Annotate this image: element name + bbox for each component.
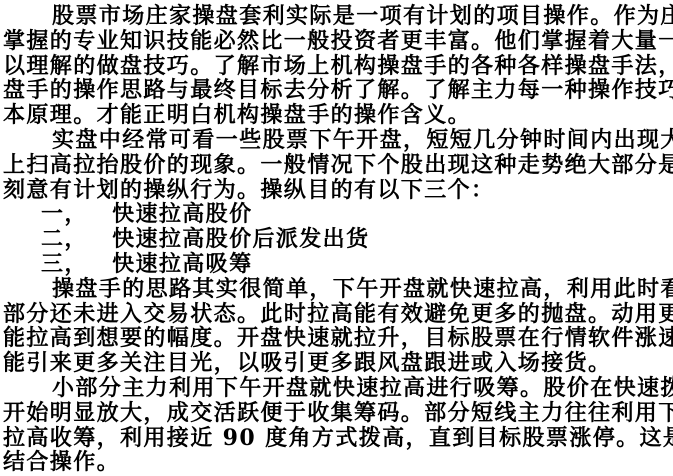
list-text: 快速拉高股价后派发出货 (112, 226, 369, 252)
text-line: 掌握的专业知识技能必然比一般投资者更丰富。他们掌握着大量一般投资者难 (3, 29, 671, 54)
text-line: 实盘中经常可看一些股票下午开盘，短短几分钟时间内出现大买单快速往 (3, 128, 671, 153)
list-item: 二， 快速拉高股价后派发出货 (3, 227, 671, 252)
text-line: 部分还未进入交易状态。此时拉高能有效避免更多的抛盘。动用更少的资金就 (3, 302, 671, 327)
list-item: 一， 快速拉高股价 (3, 202, 671, 227)
paragraph-observation: 实盘中经常可看一些股票下午开盘，短短几分钟时间内出现大买单快速往 上扫高拉抬股价… (3, 128, 671, 202)
text-line: 能拉高到想要的幅度。开盘快速就拉升，目标股票在行情软件涨速榜上出现， (3, 326, 671, 351)
text-line-content: 小部分主力利用下午开盘就快速拉高进行吸筹。股价在快速拨高后成交量 (52, 375, 673, 401)
text-line-content: 操盘手的思路其实很简单，下午开盘就快速拉高，利用此时看盘者少或大 (52, 276, 673, 302)
text-line: 结合操作。 (3, 450, 671, 475)
list-item: 三， 快速拉高吸筹 (3, 252, 671, 277)
text-line: 小部分主力利用下午开盘就快速拉高进行吸筹。股价在快速拨高后成交量 (3, 376, 671, 401)
text-line: 拉高收筹，利用接近 90 度角方式拨高，直到目标股票涨停。这是吸筹与拉升相 (3, 426, 671, 451)
document-body: 股票市场庄家操盘套利实际是一项有计划的项目操作。作为庄家操盘手，其 掌握的专业知… (3, 4, 671, 475)
list-text: 快速拉高吸筹 (112, 251, 252, 277)
list-text: 快速拉高股价 (112, 201, 252, 227)
paragraph-accumulation: 小部分主力利用下午开盘就快速拉高进行吸筹。股价在快速拨高后成交量 开始明显放大，… (3, 376, 671, 475)
text-line: 能引来更多关注目光，以吸引更多跟风盘跟进或入场接货。 (3, 351, 671, 376)
text-line-content: 实盘中经常可看一些股票下午开盘，短短几分钟时间内出现大买单快速往 (52, 127, 673, 153)
text-line: 上扫高拉抬股价的现象。一般情况下个股出现这种走势绝大部分是，主力机构 (3, 153, 671, 178)
list-number: 三， (41, 252, 103, 277)
purpose-list: 一， 快速拉高股价 二， 快速拉高股价后派发出货 三， 快速拉高吸筹 (3, 202, 671, 276)
text-line: 盘手的操作思路与最终目标去分析了解。了解主力每一种操作技巧的成因与基 (3, 78, 671, 103)
text-line: 以理解的做盘技巧。了解市场上机构操盘手的各种各样操盘手法，就要先从操 (3, 54, 671, 79)
text-line: 本原理。才能正明白机构操盘手的操作含义。 (3, 103, 671, 128)
list-number: 一， (41, 202, 103, 227)
text-line: 股票市场庄家操盘套利实际是一项有计划的项目操作。作为庄家操盘手，其 (3, 4, 671, 29)
paragraph-trader-logic: 操盘手的思路其实很简单，下午开盘就快速拉高，利用此时看盘者少或大 部分还未进入交… (3, 277, 671, 376)
text-line: 开始明显放大，成交活跃便于收集筹码。部分短线主力往往利用下午开盘快速 (3, 401, 671, 426)
text-line: 刻意有计划的操纵行为。操纵目的有以下三个： (3, 178, 671, 203)
paragraph-intro: 股票市场庄家操盘套利实际是一项有计划的项目操作。作为庄家操盘手，其 掌握的专业知… (3, 4, 671, 128)
text-line: 操盘手的思路其实很简单，下午开盘就快速拉高，利用此时看盘者少或大 (3, 277, 671, 302)
list-number: 二， (41, 227, 103, 252)
text-line-content: 股票市场庄家操盘套利实际是一项有计划的项目操作。作为庄家操盘手，其 (52, 3, 673, 29)
